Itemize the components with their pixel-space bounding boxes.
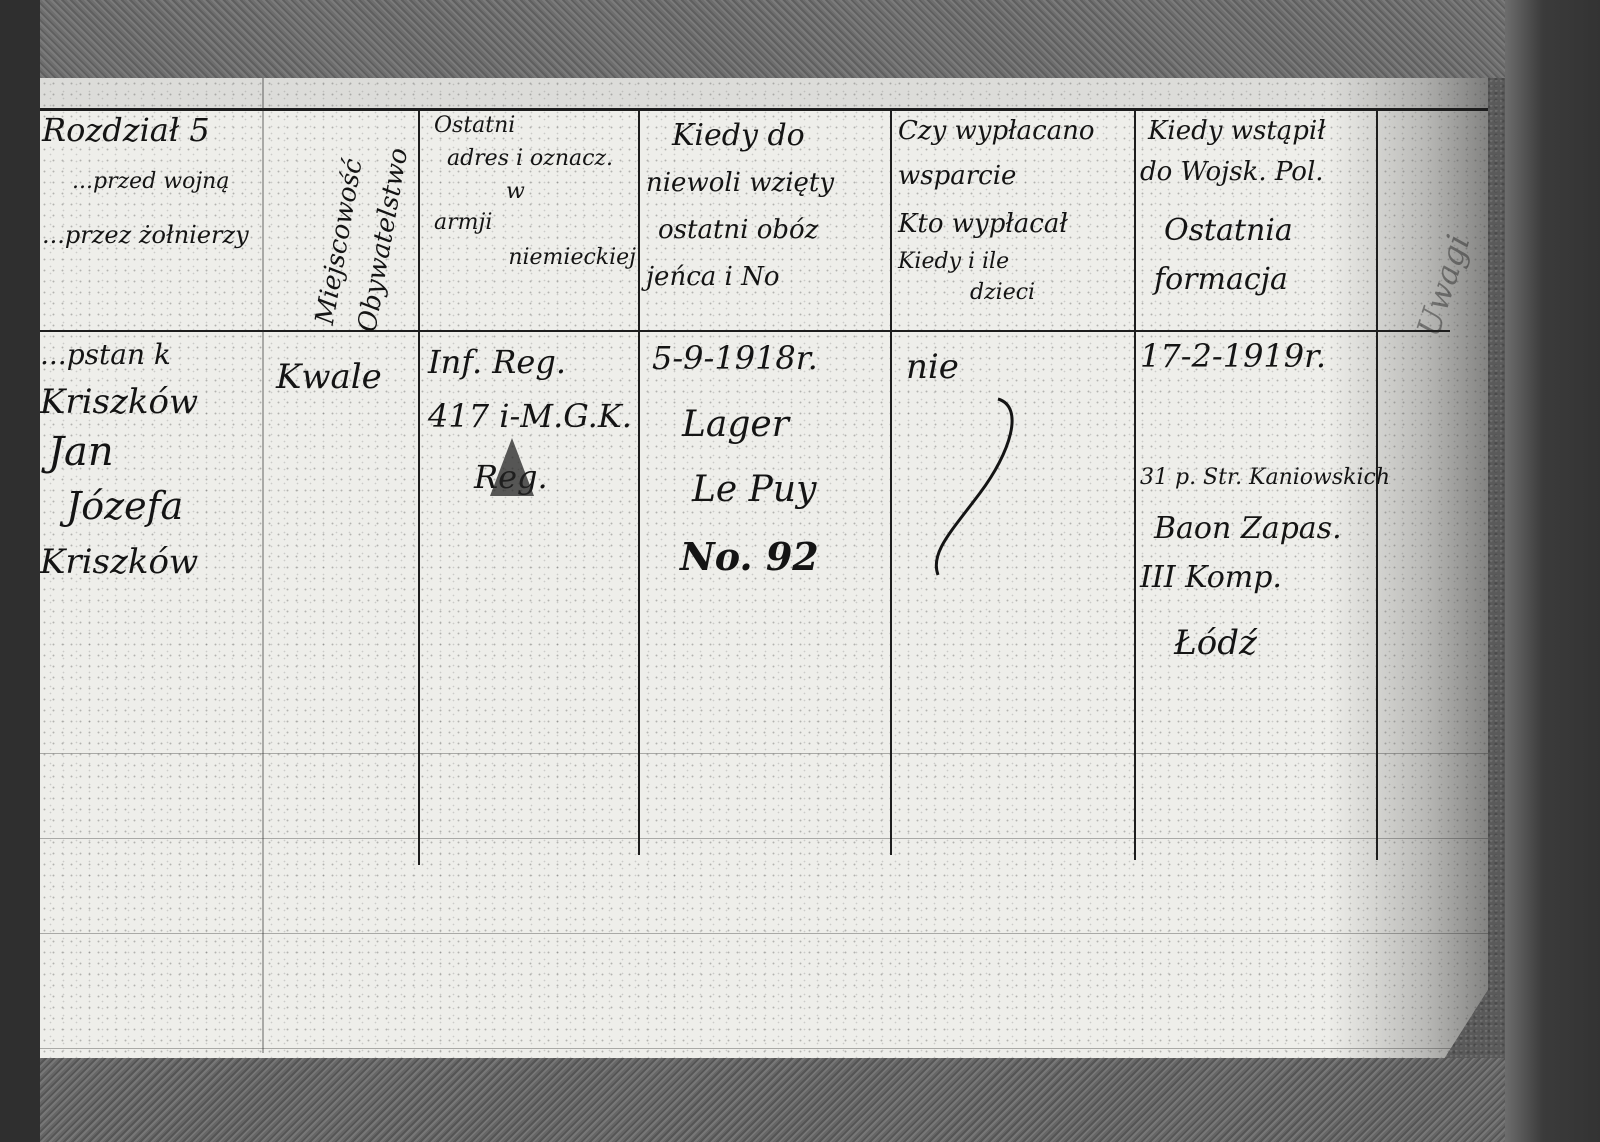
document-page: Rozdział 5 ...przed wojną ...przez żołni… [40, 78, 1488, 1058]
ink-blot-icon [490, 438, 534, 496]
value-captivity: 5-9-1918r. Lager Le Puy No. 92 [652, 342, 890, 577]
header-polish-army: Kiedy wstąpił do Wojsk. Pol. Ostatnia fo… [1140, 118, 1374, 296]
value-line: Inf. Reg. [428, 346, 636, 380]
ditto-bracket-icon [910, 393, 1030, 583]
value-line: ...pstan k [40, 340, 260, 369]
header-line: Ostatni [424, 114, 636, 137]
header-line: adres i oznacz. [424, 147, 636, 170]
value-line: 31 p. Str. Kaniowskich [1140, 466, 1460, 489]
header-line: niemieckiej [424, 246, 636, 269]
header-name: Rozdział 5 ...przed wojną ...przez żołni… [42, 114, 260, 248]
value-support: nie [906, 350, 1126, 386]
column-divider-1 [262, 78, 264, 1053]
header-line: do Wojsk. Pol. [1140, 159, 1374, 186]
value-polish-army: 17-2-1919r. 31 p. Str. Kaniowskich Baon … [1140, 340, 1460, 661]
value-line: Józefa [40, 487, 260, 527]
ledger-rule [40, 838, 1488, 839]
value-line: Baon Zapas. [1140, 513, 1460, 545]
page-top-margin [40, 78, 1488, 110]
value-line: 417 i-M.G.K. [428, 400, 636, 434]
header-line: Kiedy wstąpił [1140, 118, 1374, 145]
value-residence: Kwale [276, 360, 416, 396]
value-line: nie [906, 350, 1126, 386]
value-line: No. 92 [652, 537, 890, 577]
value-line: Lager [652, 406, 890, 444]
header-line: ...przez żołnierzy [42, 223, 260, 248]
scan-border-right [1505, 0, 1600, 1142]
header-line: jeńca i No [646, 264, 888, 291]
header-line: dzieci [898, 281, 1132, 304]
header-line: ostatni obóz [646, 217, 888, 244]
header-last-address: Ostatni adres i oznacz. w armji niemieck… [424, 114, 636, 269]
scan-border-top [40, 0, 1505, 78]
scan-border-left [0, 0, 40, 1142]
header-support: Czy wypłacano wsparcie Kto wypłacał Kied… [898, 118, 1132, 304]
header-line: armji [424, 211, 636, 234]
ledger-rule [40, 753, 1488, 754]
value-line: 17-2-1919r. [1140, 340, 1460, 374]
header-line: Kto wypłacał [898, 211, 1132, 238]
column-divider-2 [418, 110, 420, 865]
value-line: Kwale [276, 360, 416, 396]
header-line: Rozdział 5 [42, 114, 260, 148]
ledger-rule [40, 933, 1488, 934]
value-line: Kriszków [40, 385, 260, 421]
header-line: Ostatnia [1140, 215, 1374, 247]
header-line: w [424, 180, 636, 203]
bottom-rule [40, 1048, 1488, 1049]
value-line: 5-9-1918r. [652, 342, 890, 376]
value-line: Le Puy [652, 471, 890, 509]
header-top-rule [40, 108, 1488, 111]
value-name: ...pstan k Kriszków Jan Józefa Kriszków [40, 340, 260, 581]
header-line: formacja [1140, 264, 1374, 296]
column-divider-4 [890, 110, 892, 855]
header-line: ...przed wojną [42, 170, 260, 193]
header-line: Kiedy i ile [898, 250, 1132, 273]
scan-border-bottom [40, 1058, 1505, 1142]
header-line: niewoli wzięty [646, 170, 888, 197]
header-line: Czy wypłacano [898, 118, 1132, 145]
column-divider-5 [1134, 110, 1136, 860]
header-line: wsparcie [898, 163, 1132, 190]
header-residence: Miejscowość Obywatelstwo [312, 139, 414, 335]
column-divider-3 [638, 110, 640, 855]
value-line: Łódź [1140, 626, 1460, 662]
header-line: Kiedy do [646, 120, 888, 152]
value-line: III Komp. [1140, 562, 1460, 594]
header-bottom-rule [40, 330, 1450, 332]
value-line: Kriszków [40, 545, 260, 581]
value-line: Jan [40, 431, 260, 473]
header-captivity: Kiedy do niewoli wzięty ostatni obóz jeń… [646, 120, 888, 291]
